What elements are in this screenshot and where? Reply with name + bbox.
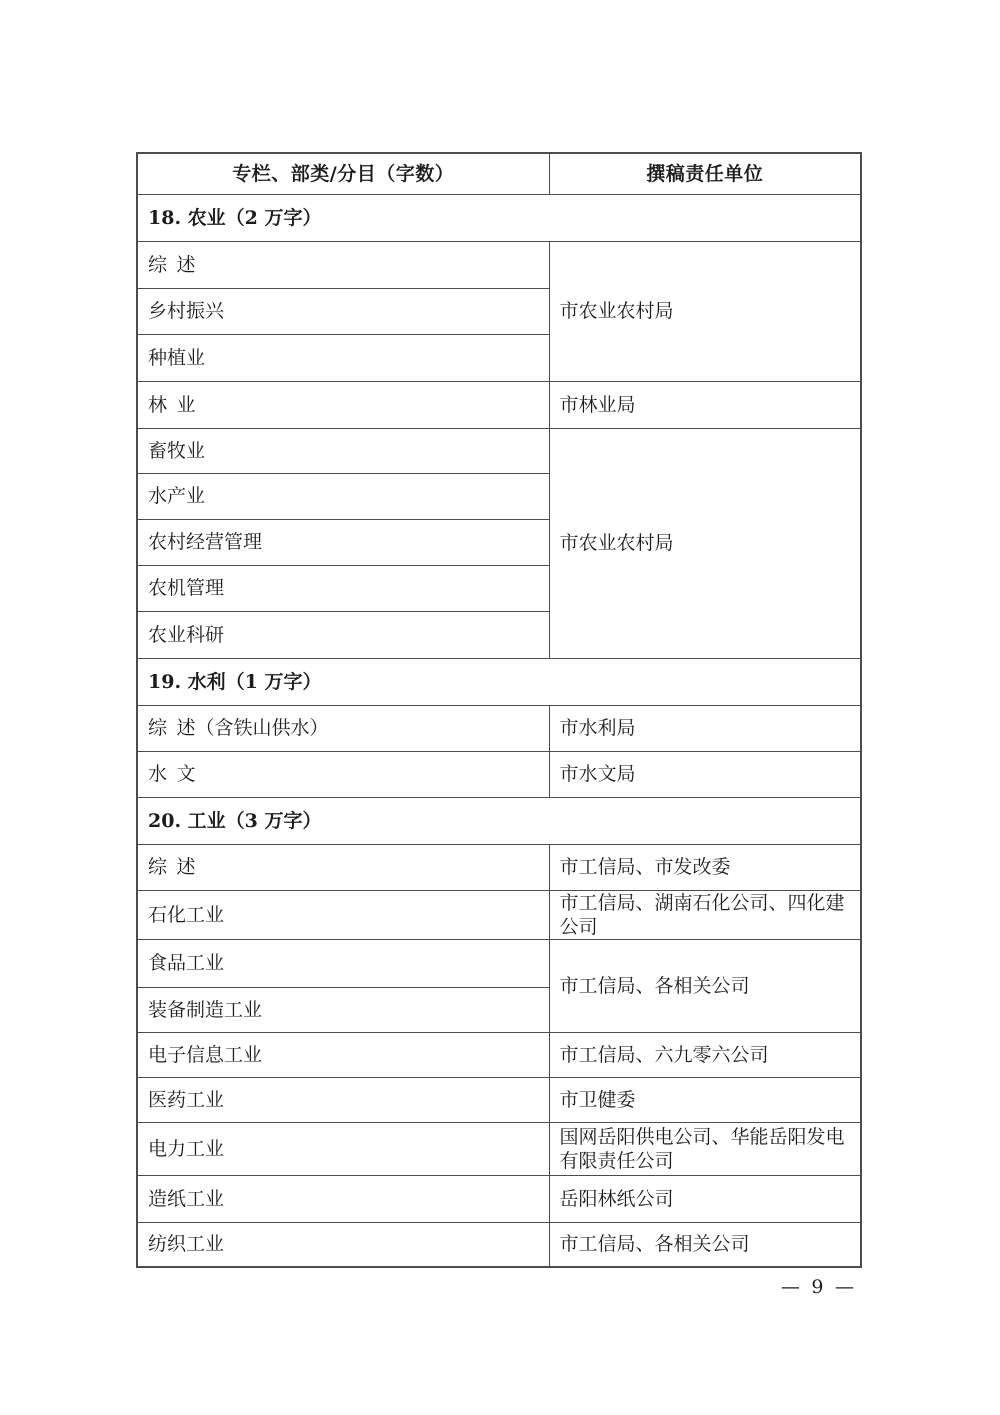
topic-cell: 电力工业 — [137, 1122, 549, 1175]
table-row: 综 述 市农业农村局 — [137, 241, 861, 288]
topic-cell: 综 述 — [137, 844, 549, 890]
section-title: 19. 水利（1 万字） — [137, 658, 861, 705]
table-row: 食品工业 市工信局、各相关公司 — [137, 939, 861, 987]
topic-cell: 水产业 — [137, 473, 549, 519]
topic-cell: 林 业 — [137, 381, 549, 428]
table-row: 石化工业 市工信局、湖南石化公司、四化建公司 — [137, 890, 861, 939]
section-row-water: 19. 水利（1 万字） — [137, 658, 861, 705]
unit-cell: 市林业局 — [549, 381, 861, 428]
topic-cell: 农机管理 — [137, 565, 549, 611]
unit-cell: 市水利局 — [549, 705, 861, 751]
topic-cell: 装备制造工业 — [137, 987, 549, 1032]
topic-cell: 乡村振兴 — [137, 288, 549, 334]
unit-cell: 市工信局、各相关公司 — [549, 1222, 861, 1267]
unit-cell: 市工信局、各相关公司 — [549, 939, 861, 1032]
section-row-agriculture: 18. 农业（2 万字） — [137, 194, 861, 241]
table-row: 水 文 市水文局 — [137, 751, 861, 797]
topic-cell: 种植业 — [137, 334, 549, 381]
table-row: 医药工业 市卫健委 — [137, 1077, 861, 1122]
topic-cell: 畜牧业 — [137, 428, 549, 473]
table-row: 造纸工业 岳阳林纸公司 — [137, 1175, 861, 1222]
unit-cell: 市卫健委 — [549, 1077, 861, 1122]
document-page: 专栏、部类/分目（字数） 撰稿责任单位 18. 农业（2 万字） 综 述 市农业… — [0, 0, 1000, 1415]
topic-cell: 石化工业 — [137, 890, 549, 939]
table-row: 畜牧业 市农业农村局 — [137, 428, 861, 473]
table-row: 电力工业 国网岳阳供电公司、华能岳阳发电有限责任公司 — [137, 1122, 861, 1175]
header-cell-unit: 撰稿责任单位 — [549, 153, 861, 194]
unit-cell: 市工信局、六九零六公司 — [549, 1032, 861, 1077]
unit-cell: 岳阳林纸公司 — [549, 1175, 861, 1222]
topic-cell: 电子信息工业 — [137, 1032, 549, 1077]
unit-cell: 市工信局、湖南石化公司、四化建公司 — [549, 890, 861, 939]
table-row: 林 业 市林业局 — [137, 381, 861, 428]
topic-cell: 综 述（含铁山供水） — [137, 705, 549, 751]
unit-cell: 国网岳阳供电公司、华能岳阳发电有限责任公司 — [549, 1122, 861, 1175]
table-row: 综 述（含铁山供水） 市水利局 — [137, 705, 861, 751]
unit-cell: 市水文局 — [549, 751, 861, 797]
topic-cell: 纺织工业 — [137, 1222, 549, 1267]
table-row: 电子信息工业 市工信局、六九零六公司 — [137, 1032, 861, 1077]
section-row-industry: 20. 工业（3 万字） — [137, 797, 861, 844]
topic-cell: 农村经营管理 — [137, 519, 549, 565]
unit-cell: 市农业农村局 — [549, 428, 861, 658]
table-header-row: 专栏、部类/分目（字数） 撰稿责任单位 — [137, 153, 861, 194]
header-cell-topic: 专栏、部类/分目（字数） — [137, 153, 549, 194]
topic-cell: 食品工业 — [137, 939, 549, 987]
topic-cell: 综 述 — [137, 241, 549, 288]
assignment-table: 专栏、部类/分目（字数） 撰稿责任单位 18. 农业（2 万字） 综 述 市农业… — [136, 152, 862, 1268]
page-number: — 9 — — [781, 1276, 855, 1298]
topic-cell: 农业科研 — [137, 611, 549, 658]
section-title: 20. 工业（3 万字） — [137, 797, 861, 844]
topic-cell: 医药工业 — [137, 1077, 549, 1122]
topic-cell: 造纸工业 — [137, 1175, 549, 1222]
section-title: 18. 农业（2 万字） — [137, 194, 861, 241]
unit-cell: 市工信局、市发改委 — [549, 844, 861, 890]
topic-cell: 水 文 — [137, 751, 549, 797]
table-row: 纺织工业 市工信局、各相关公司 — [137, 1222, 861, 1267]
table-row: 综 述 市工信局、市发改委 — [137, 844, 861, 890]
unit-cell: 市农业农村局 — [549, 241, 861, 381]
